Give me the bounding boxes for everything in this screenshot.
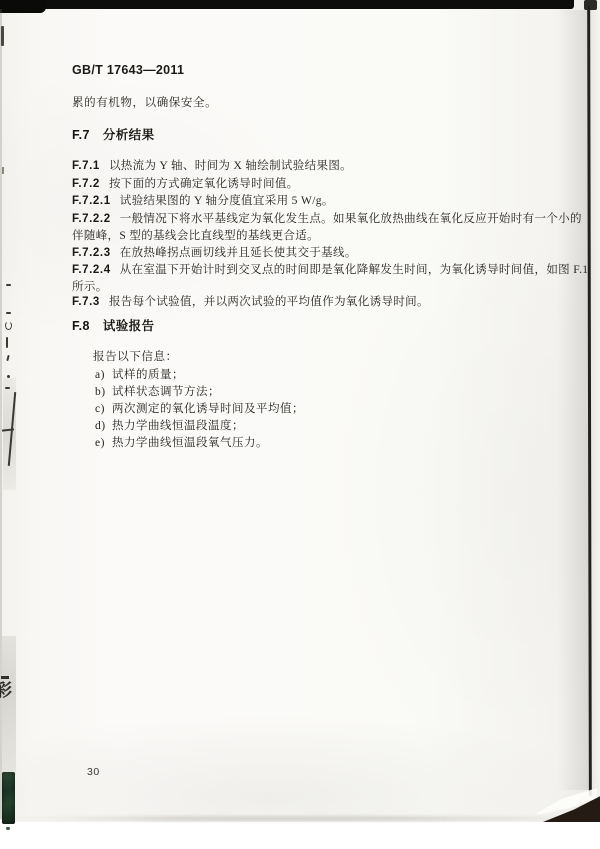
clause-number: F.7.2.4	[72, 264, 111, 276]
item-text: 热力学曲线恒温段温度；	[112, 420, 244, 432]
clause-line: F.7.2.1试验结果图的 Y 轴分度值宜采用 5 W/g。	[72, 192, 334, 208]
clause-text: 在放热峰拐点画切线并且延长使其交于基线。	[120, 247, 357, 259]
paper-surface: GB/T 17643—2011 累的有机物，以确保安全。 F.7分析结果 F.7…	[0, 0, 600, 822]
scan-top-edge-corner	[0, 0, 46, 13]
report-list-item: d)热力学曲线恒温段温度；	[95, 417, 244, 433]
report-list-item: c)两次测定的氧化诱导时间及平均值；	[95, 400, 304, 416]
item-label: c)	[95, 403, 112, 415]
section-number: F.8	[72, 319, 90, 333]
clause-line-wrap: 伴随峰，S 型的基线会比直线型的基线更合适。	[72, 227, 319, 243]
clause-line: F.7.3报告每个试验值，并以两次试验的平均值作为氧化诱导时间。	[72, 293, 429, 309]
item-label: a)	[95, 369, 112, 381]
standard-number-header: GB/T 17643—2011	[72, 63, 184, 77]
item-label: e)	[95, 437, 112, 449]
item-label: d)	[95, 420, 112, 432]
clause-text: 伴随峰，S 型的基线会比直线型的基线更合适。	[72, 230, 319, 242]
item-text: 试样的质量；	[112, 369, 184, 381]
spine-glyph-fragment	[6, 312, 11, 314]
clause-line: F.7.2.3在放热峰拐点画切线并且延长使其交于基线。	[72, 244, 357, 260]
spine-mark	[2, 167, 4, 174]
spine-green-speck	[6, 827, 10, 830]
spine-glyph-fragment	[5, 387, 10, 389]
paragraph-continuation: 累的有机物，以确保安全。	[72, 94, 217, 110]
clause-text: 一般情况下将水平基线定为氧化发生点。如果氧化放热曲线在氧化反应开始时有一个小的	[120, 213, 582, 225]
spine-glyph-fragment	[5, 321, 12, 330]
item-text: 热力学曲线恒温段氧气压力。	[112, 437, 268, 449]
clause-line: F.7.2按下面的方式确定氧化诱导时间值。	[72, 175, 299, 191]
clause-number: F.7.3	[72, 296, 100, 308]
clause-text: 按下面的方式确定氧化诱导时间值。	[109, 178, 299, 190]
clause-text: 报告每个试验值，并以两次试验的平均值作为氧化诱导时间。	[109, 296, 429, 308]
section-number: F.7	[72, 128, 90, 142]
spine-green-blob	[2, 772, 15, 824]
scan-top-edge-bar	[0, 0, 574, 9]
scanned-document-page: GB/T 17643—2011 累的有机物，以确保安全。 F.7分析结果 F.7…	[0, 0, 600, 849]
page-right-shading	[556, 10, 588, 790]
clause-line-wrap: 所示。	[72, 278, 108, 294]
clause-text: 所示。	[72, 281, 108, 293]
section-title: 试验报告	[103, 319, 155, 333]
section-heading-f8: F.8试验报告	[72, 316, 154, 334]
item-label: b)	[95, 386, 112, 398]
clause-text: 从在室温下开始计时到交叉点的时间即是氧化降解发生时间，为氧化诱导时间值，如图 F…	[120, 264, 589, 276]
section-heading-f7: F.7分析结果	[72, 125, 154, 143]
spine-mark	[1, 26, 4, 46]
spine-character-fragment: 彩	[0, 674, 17, 700]
scan-top-right-cap	[584, 0, 597, 10]
spine-glyph-fragment	[6, 337, 8, 348]
clause-number: F.7.2.2	[72, 213, 111, 225]
clause-number: F.7.2.1	[72, 195, 111, 207]
page-bottom-shadow	[10, 816, 570, 821]
clause-text: 以热流为 Y 轴、时间为 X 轴绘制试验结果图。	[109, 160, 352, 172]
clause-line: F.7.2.4从在室温下开始计时到交叉点的时间即是氧化降解发生时间，为氧化诱导时…	[72, 261, 588, 277]
clause-number: F.7.2.3	[72, 247, 111, 259]
clause-line: F.7.2.2一般情况下将水平基线定为氧化发生点。如果氧化放热曲线在氧化反应开始…	[72, 210, 582, 226]
report-list-item: b)试样状态调节方法；	[95, 383, 220, 399]
report-list-item: e)热力学曲线恒温段氧气压力。	[95, 434, 268, 450]
spine-gray-strip	[2, 636, 16, 774]
clause-number: F.7.2	[72, 178, 100, 190]
section-title: 分析结果	[103, 128, 155, 142]
clause-number: F.7.1	[72, 160, 100, 172]
spine-glyph-fragment	[7, 375, 10, 378]
page-number: 30	[87, 766, 100, 778]
report-list-intro: 报告以下信息：	[93, 348, 178, 364]
spine-glyph-fragment	[6, 284, 11, 286]
handwritten-slash-mark	[2, 392, 20, 472]
clause-text: 试验结果图的 Y 轴分度值宜采用 5 W/g。	[120, 195, 334, 207]
report-list-item: a)试样的质量；	[95, 366, 184, 382]
clause-line: F.7.1以热流为 Y 轴、时间为 X 轴绘制试验结果图。	[72, 157, 352, 173]
spine-character: 彩	[0, 676, 12, 700]
item-text: 两次测定的氧化诱导时间及平均值；	[112, 403, 304, 415]
item-text: 试样状态调节方法；	[112, 386, 220, 398]
